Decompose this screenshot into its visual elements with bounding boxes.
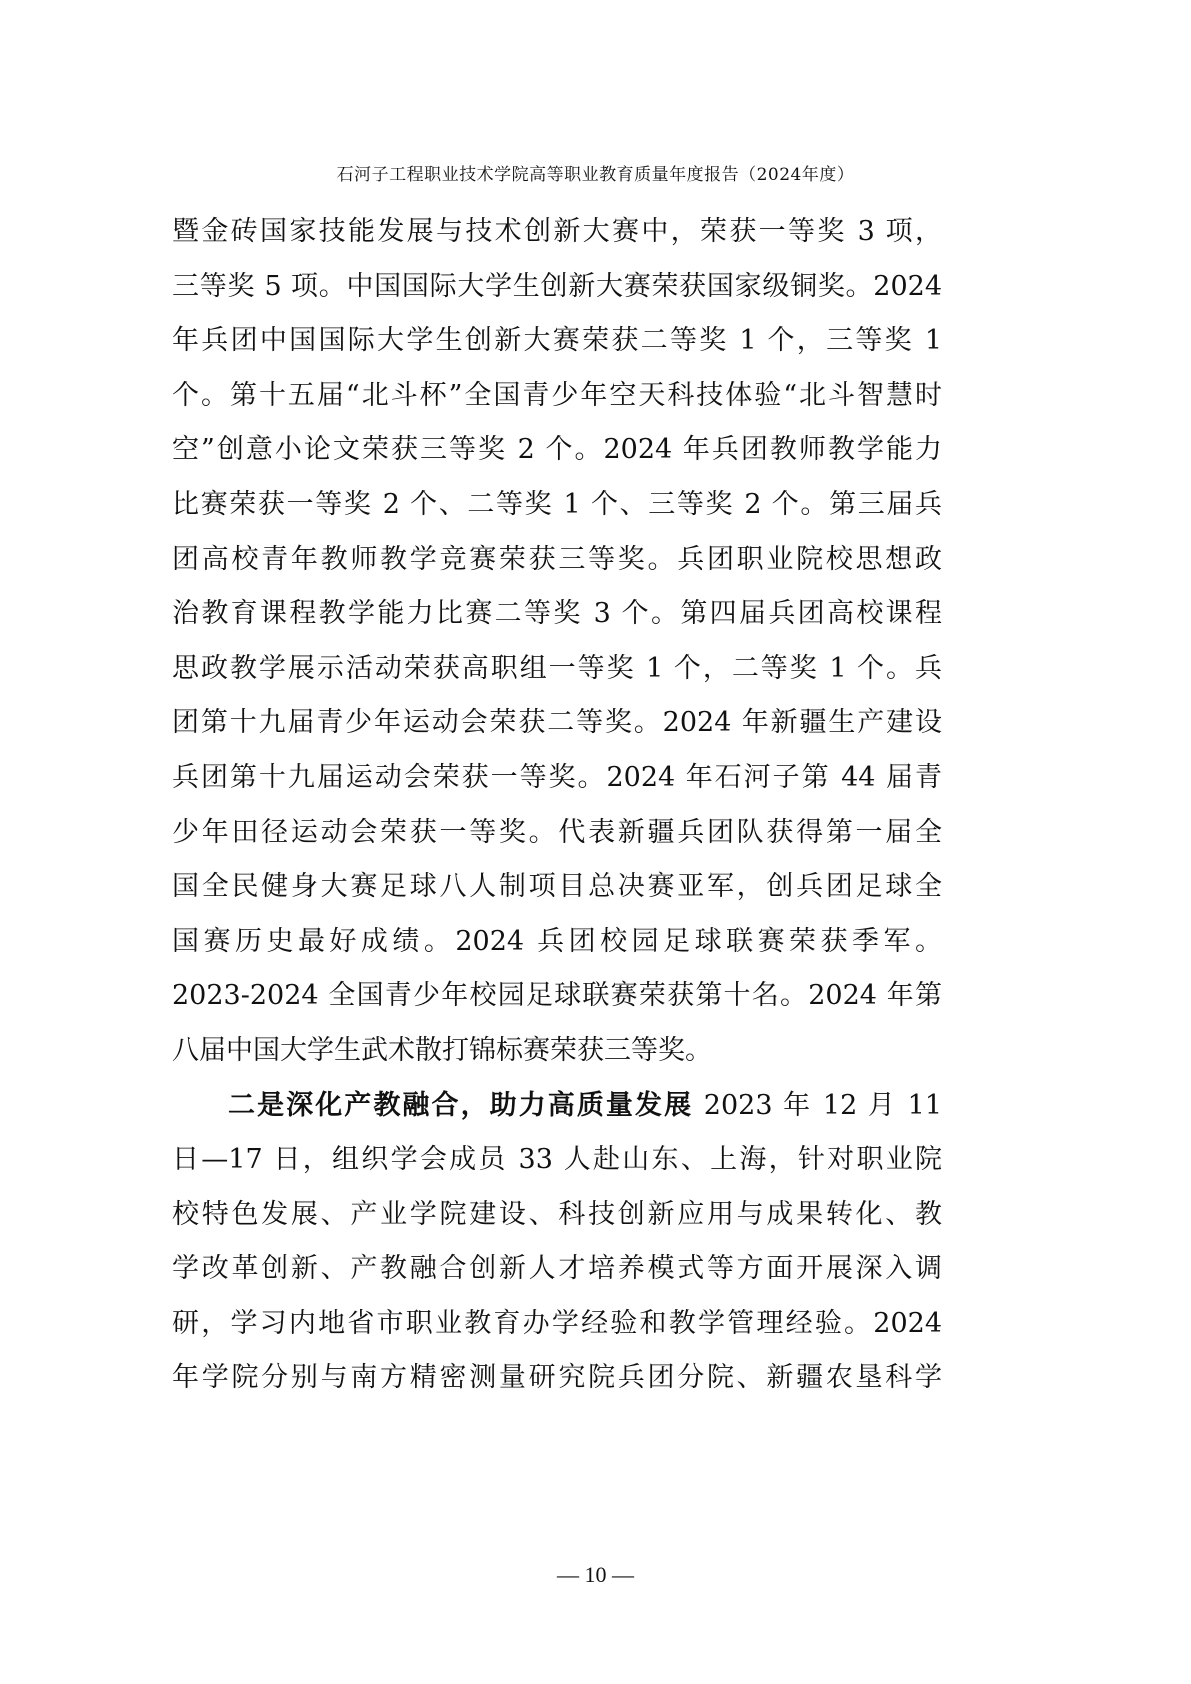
paragraph-line: 个。第十五届“北斗杯”全国青少年空天科技体验“北斗智慧时 [172,369,942,424]
paragraph-line: 校特色发展、产业学院建设、科技创新应用与成果转化、教 [172,1188,942,1243]
body-text: 暨金砖国家技能发展与技术创新大赛中，荣获一等奖 3 项， 三等奖 5 项。中国国… [172,205,942,1406]
paragraph-line: 国全民健身大赛足球八人制项目总决赛亚军，创兵团足球全 [172,860,942,915]
section-2-first-line: 二是深化产教融合，助力高质量发展 2023 年 12 月 11 [172,1079,942,1134]
paragraph-line: 团高校青年教师教学竞赛荣获三等奖。兵团职业院校思想政 [172,533,942,588]
paragraph-line: 研，学习内地省市职业教育办学经验和教学管理经验。2024 [172,1297,942,1352]
page-number: — 10 — [0,1562,1191,1588]
paragraph-line: 少年田径运动会荣获一等奖。代表新疆兵团队获得第一届全 [172,806,942,861]
paragraph-line: 年兵团中国国际大学生创新大赛荣获二等奖 1 个，三等奖 1 [172,314,942,369]
section-2-date: 2023 年 12 月 11 [693,1090,942,1121]
paragraph-line: 日—17 日，组织学会成员 33 人赴山东、上海，针对职业院 [172,1133,942,1188]
paragraph-line: 比赛荣获一等奖 2 个、二等奖 1 个、三等奖 2 个。第三届兵 [172,478,942,533]
paragraph-line: 2023-2024 全国青少年校园足球联赛荣获第十名。2024 年第 [172,969,942,1024]
running-header: 石河子工程职业技术学院高等职业教育质量年度报告（2024年度） [0,160,1191,185]
paragraph-line: 八届中国大学生武术散打锦标赛荣获三等奖。 [172,1024,942,1079]
paragraph-line: 学改革创新、产教融合创新人才培养模式等方面开展深入调 [172,1242,942,1297]
paragraph-line: 思政教学展示活动荣获高职组一等奖 1 个，二等奖 1 个。兵 [172,642,942,697]
paragraph-line: 国赛历史最好成绩。2024 兵团校园足球联赛荣获季军。 [172,915,942,970]
paragraph-line: 兵团第十九届运动会荣获一等奖。2024 年石河子第 44 届青 [172,751,942,806]
paragraph-line: 暨金砖国家技能发展与技术创新大赛中，荣获一等奖 3 项， [172,205,942,260]
paragraph-line: 年学院分别与南方精密测量研究院兵团分院、新疆农垦科学 [172,1351,942,1406]
paragraph-line: 三等奖 5 项。中国国际大学生创新大赛荣获国家级铜奖。2024 [172,260,942,315]
paragraph-line: 空”创意小论文荣获三等奖 2 个。2024 年兵团教师教学能力 [172,423,942,478]
paragraph-line: 治教育课程教学能力比赛二等奖 3 个。第四届兵团高校课程 [172,587,942,642]
paragraph-line: 团第十九届青少年运动会荣获二等奖。2024 年新疆生产建设 [172,696,942,751]
section-2-heading: 二是深化产教融合，助力高质量发展 [228,1090,693,1121]
